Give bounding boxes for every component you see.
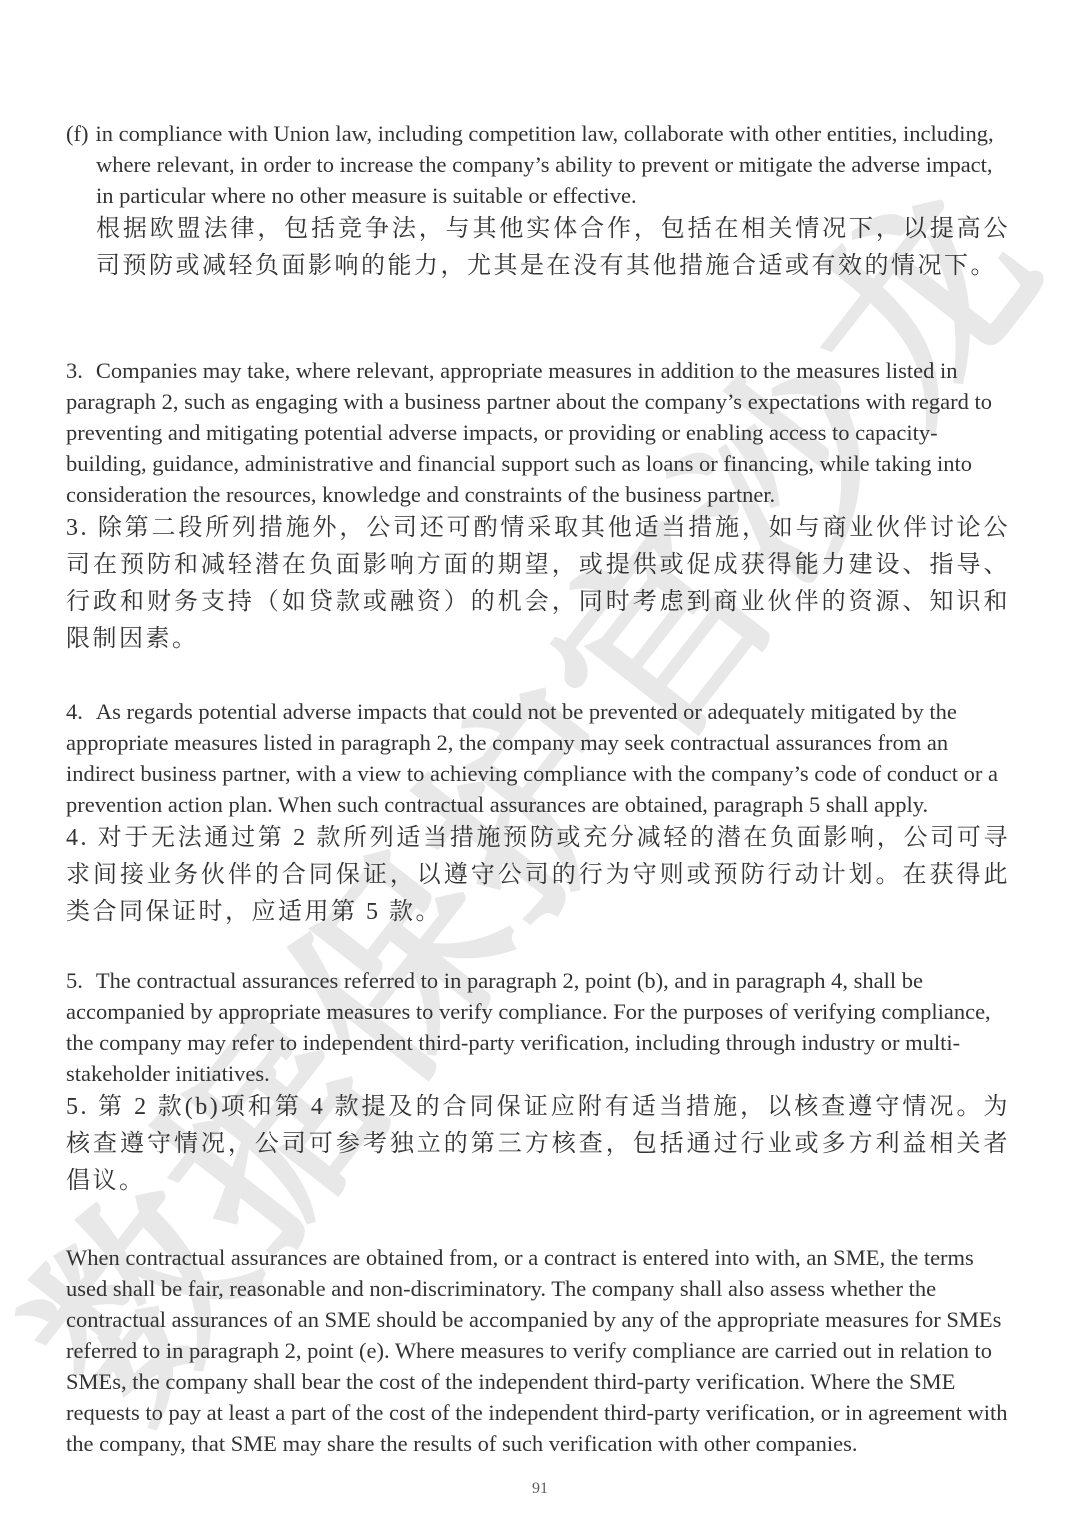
paragraph-3: 3.Companies may take, where relevant, ap… (66, 355, 1010, 658)
paragraph-4-chinese-text: 4. 对于无法通过第 2 款所列适当措施预防或充分减轻的潜在负面影响，公司可寻求… (66, 825, 1010, 925)
item-f-english-text: in compliance with Union law, including … (95, 121, 993, 208)
paragraph-5-chinese-text: 5. 第 2 款(b)项和第 4 款提及的合同保证应附有适当措施，以核查遵守情况… (66, 1094, 1010, 1194)
paragraph-3-chinese-text: 3. 除第二段所列措施外，公司还可酌情采取其他适当措施，如与商业伙伴讨论公司在预… (66, 515, 1010, 652)
document-page: 数据保护官沙龙 (f)in compliance with Union law,… (0, 0, 1080, 1527)
item-f-label: (f) (66, 121, 88, 146)
paragraph-3-number: 3. (66, 358, 83, 383)
item-f: (f)in compliance with Union law, includi… (66, 118, 1010, 285)
paragraph-5-english: 5.The contractual assurances referred to… (66, 965, 1010, 1089)
paragraph-5-number: 5. (66, 968, 83, 993)
paragraph-5-english-text: The contractual assurances referred to i… (66, 968, 991, 1086)
paragraph-4: 4.As regards potential adverse impacts t… (66, 696, 1010, 931)
paragraph-3-chinese: 3. 除第二段所列措施外，公司还可酌情采取其他适当措施，如与商业伙伴讨论公司在预… (66, 510, 1010, 658)
paragraph-4-chinese: 4. 对于无法通过第 2 款所列适当措施预防或充分减轻的潜在负面影响，公司可寻求… (66, 820, 1010, 931)
paragraph-3-english: 3.Companies may take, where relevant, ap… (66, 355, 1010, 510)
paragraph-5-chinese: 5. 第 2 款(b)项和第 4 款提及的合同保证应附有适当措施，以核查遵守情况… (66, 1089, 1010, 1200)
item-f-english: (f)in compliance with Union law, includi… (96, 118, 1010, 211)
item-f-chinese-text: 根据欧盟法律，包括竞争法，与其他实体合作，包括在相关情况下，以提高公司预防或减轻… (96, 216, 1010, 279)
page-number: 91 (0, 1480, 1080, 1498)
document-content: (f)in compliance with Union law, includi… (66, 118, 1010, 1459)
paragraph-5: 5.The contractual assurances referred to… (66, 965, 1010, 1200)
item-f-chinese: 根据欧盟法律，包括竞争法，与其他实体合作，包括在相关情况下，以提高公司预防或减轻… (96, 211, 1010, 285)
paragraph-4-english: 4.As regards potential adverse impacts t… (66, 696, 1010, 820)
closing-paragraph-english: When contractual assurances are obtained… (66, 1242, 1010, 1459)
paragraph-4-english-text: As regards potential adverse impacts tha… (66, 699, 998, 817)
paragraph-4-number: 4. (66, 699, 83, 724)
paragraph-3-english-text: Companies may take, where relevant, appr… (66, 358, 992, 507)
closing-paragraph-text: When contractual assurances are obtained… (66, 1245, 1008, 1456)
closing-paragraph: When contractual assurances are obtained… (66, 1242, 1010, 1459)
